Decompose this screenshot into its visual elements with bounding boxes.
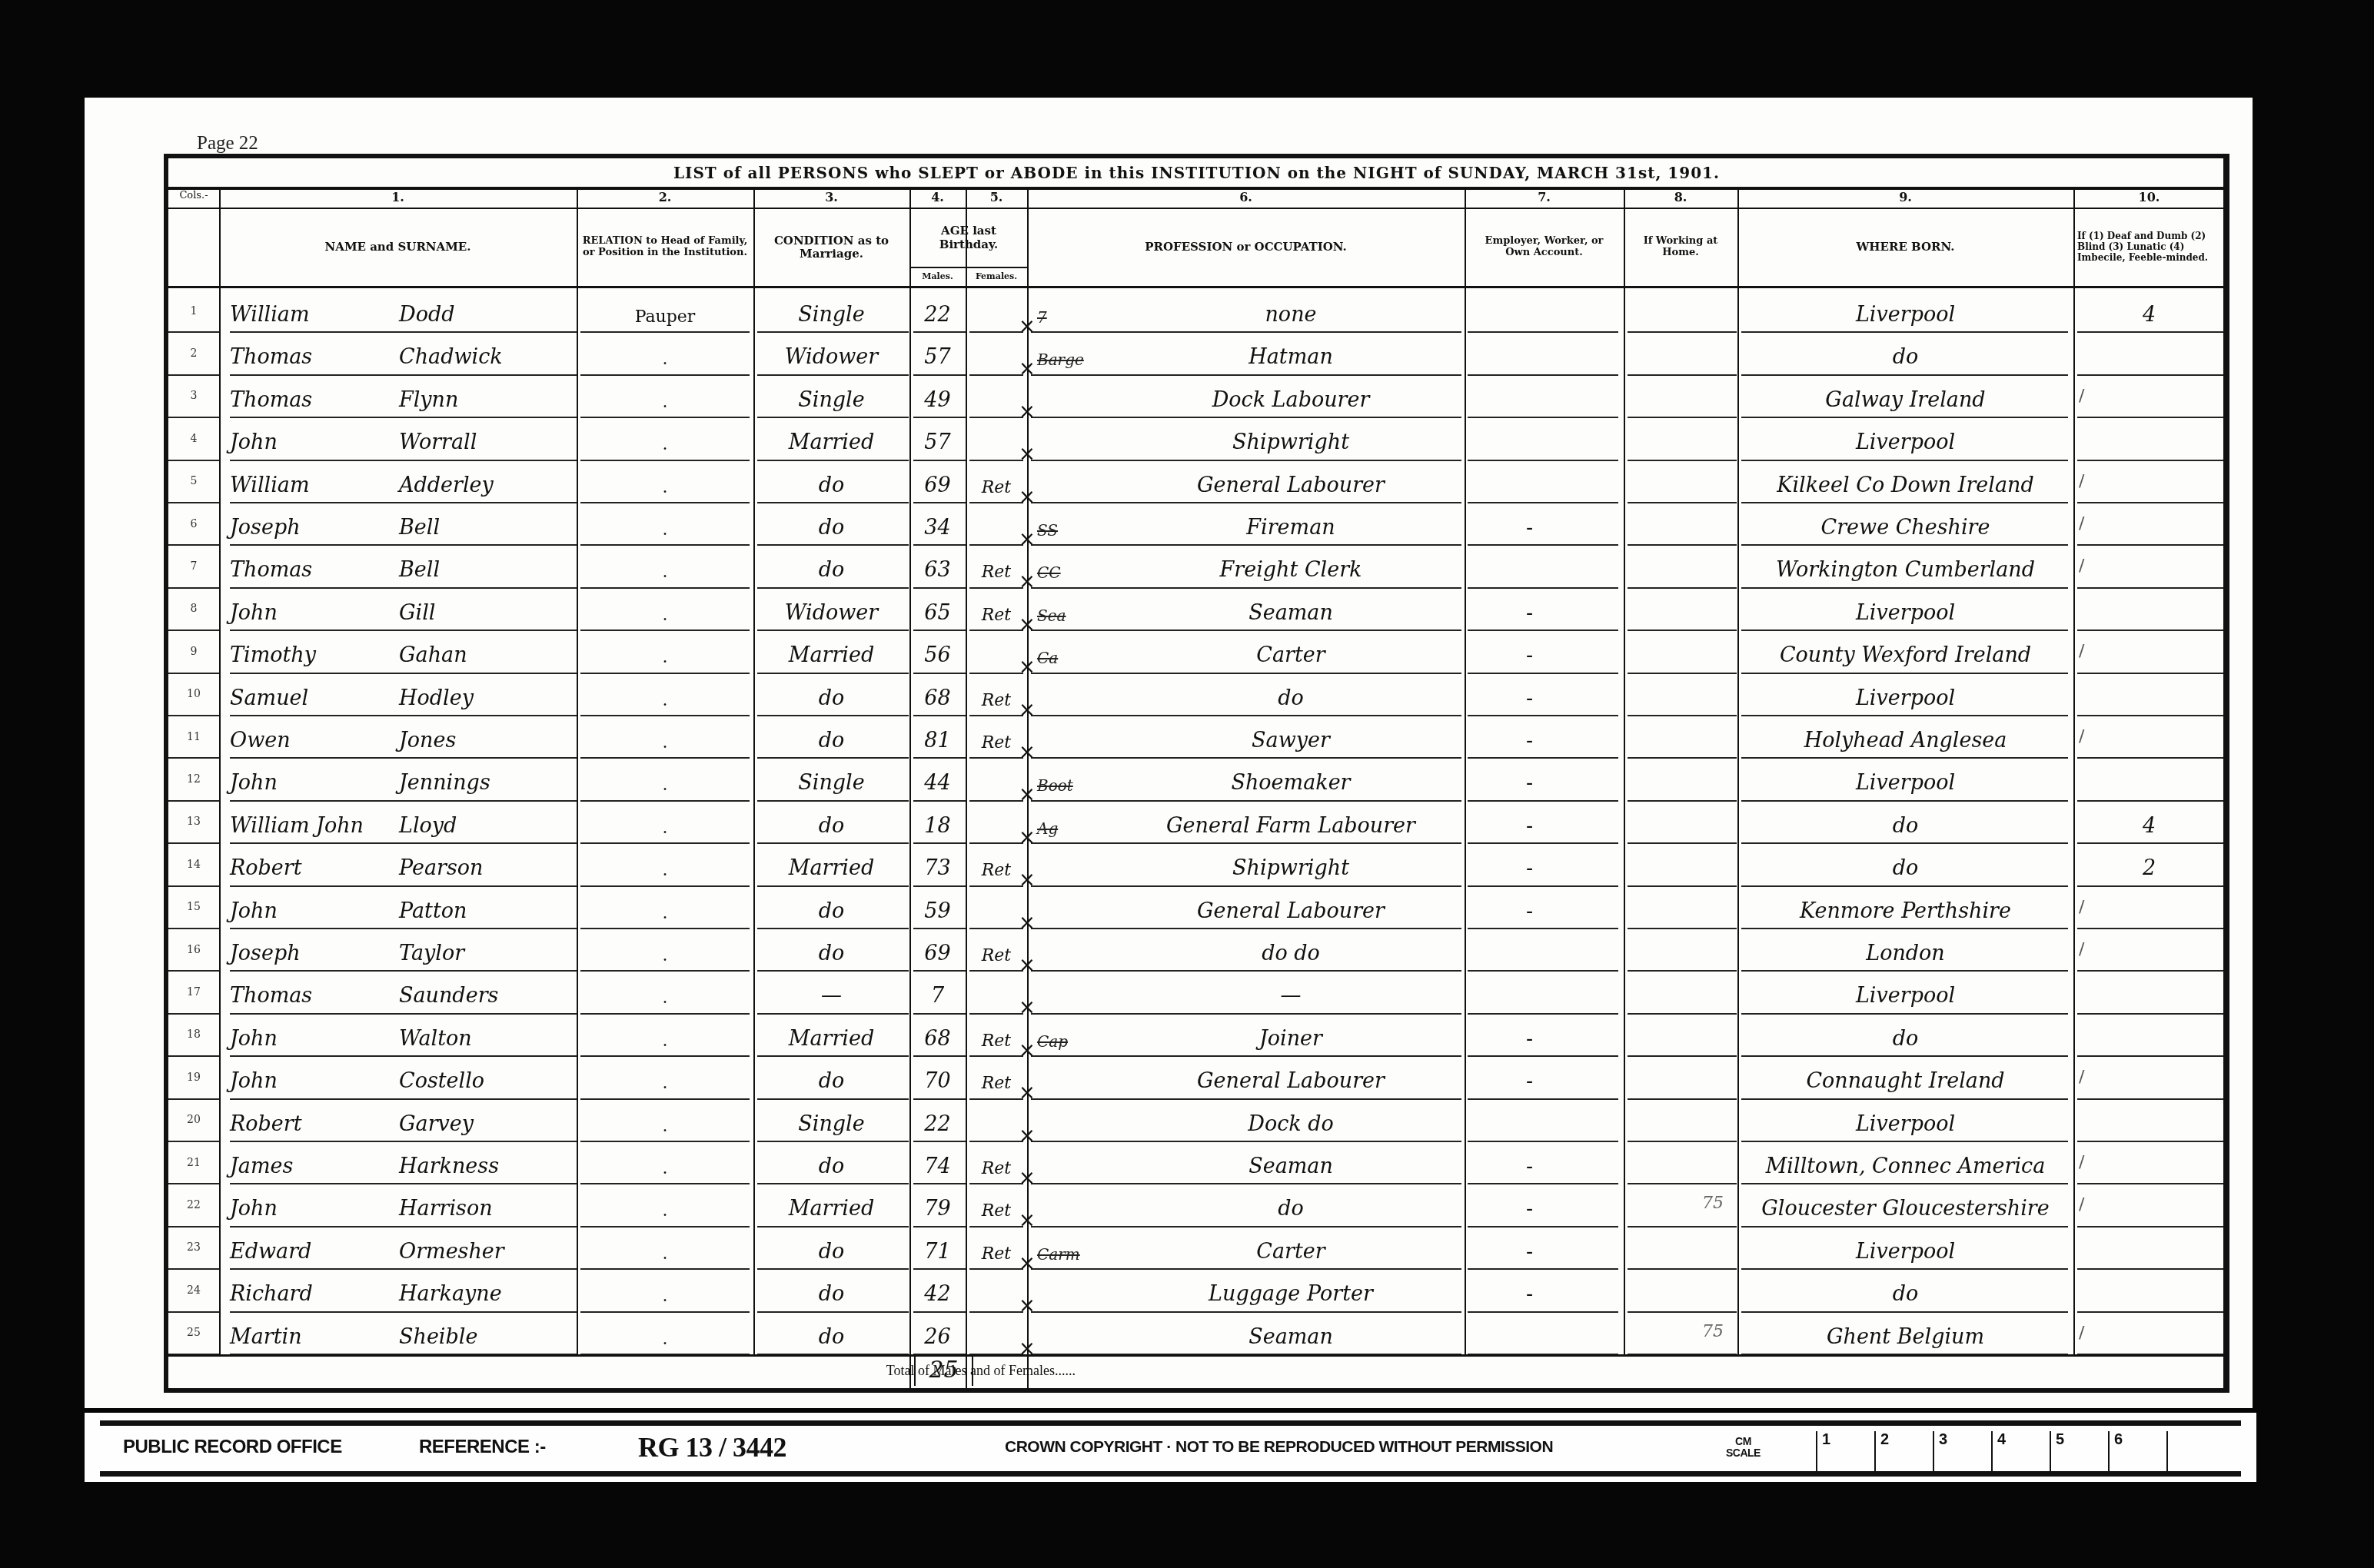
employer-status bbox=[1465, 291, 1624, 331]
surname: Patton bbox=[399, 887, 584, 928]
colnum-7: 7. bbox=[1465, 190, 1624, 205]
age-males: 49 bbox=[909, 376, 966, 417]
employer-status: - bbox=[1465, 1057, 1624, 1098]
infirmity bbox=[2073, 1270, 2225, 1311]
age-males: 22 bbox=[909, 1100, 966, 1141]
where-born: Liverpool bbox=[1737, 972, 2073, 1012]
where-born: Liverpool bbox=[1737, 589, 2073, 630]
condition: do bbox=[753, 546, 909, 586]
colnum-5: 5. bbox=[966, 190, 1027, 205]
row-number: 15 bbox=[168, 887, 219, 928]
check-mark-icon: / bbox=[2079, 1068, 2084, 1087]
scale-tick: 5 bbox=[2050, 1431, 2108, 1474]
employer-status bbox=[1465, 546, 1624, 586]
row-number: 18 bbox=[168, 1015, 219, 1055]
first-name: Samuel bbox=[230, 674, 399, 715]
age-males: 26 bbox=[909, 1313, 966, 1354]
where-born: Liverpool bbox=[1737, 1227, 2073, 1268]
where-born: County Wexford Ireland bbox=[1737, 631, 2073, 672]
struck-occupation bbox=[1037, 887, 1122, 928]
first-name: Edward bbox=[230, 1227, 399, 1268]
check-mark-icon: / bbox=[2079, 1153, 2084, 1172]
infirmity bbox=[2073, 972, 2225, 1012]
employer-status: - bbox=[1465, 631, 1624, 672]
occupation: Carter bbox=[1122, 1227, 1460, 1268]
occupation: Hatman bbox=[1122, 333, 1460, 374]
condition: do bbox=[753, 503, 909, 544]
age-females: Ret bbox=[966, 1142, 1027, 1183]
document-title: LIST of all PERSONS who SLEPT or ABODE i… bbox=[168, 159, 2225, 187]
condition: Married bbox=[753, 1015, 909, 1055]
margin-note: 75 bbox=[1702, 1322, 1724, 1341]
infirmity bbox=[2073, 1142, 2225, 1183]
footer-copyright: CROWN COPYRIGHT · NOT TO BE REPRODUCED W… bbox=[1005, 1413, 1553, 1482]
scale-tick: 1 bbox=[1816, 1431, 1874, 1474]
table-row: 14RobertPearson.Married73RetShipwright-d… bbox=[168, 844, 2225, 886]
infirmity bbox=[2073, 929, 2225, 970]
age-males: 42 bbox=[909, 1270, 966, 1311]
check-mark-icon: / bbox=[2079, 514, 2084, 533]
first-name: John bbox=[230, 589, 399, 630]
first-name: Timothy bbox=[230, 631, 399, 672]
occupation: Shipwright bbox=[1122, 844, 1460, 885]
employer-status bbox=[1465, 461, 1624, 502]
where-born: Workington Cumberland bbox=[1737, 546, 2073, 586]
age-males: 81 bbox=[909, 716, 966, 757]
employer-status: - bbox=[1465, 589, 1624, 630]
where-born: Kilkeel Co Down Ireland bbox=[1737, 461, 2073, 502]
struck-occupation bbox=[1037, 716, 1122, 757]
table-row: 3ThomasFlynn.Single49Dock LabourerGalway… bbox=[168, 376, 2225, 418]
row-number: 13 bbox=[168, 802, 219, 842]
age-females: Ret bbox=[966, 589, 1027, 630]
surname: Harkayne bbox=[399, 1270, 584, 1311]
relation: . bbox=[577, 333, 753, 374]
relation: . bbox=[577, 759, 753, 799]
table-row: 16JosephTaylor.do69Retdo doLondon×/ bbox=[168, 929, 2225, 972]
employer-status: - bbox=[1465, 1184, 1624, 1225]
where-born: do bbox=[1737, 1270, 2073, 1311]
occupation: General Labourer bbox=[1122, 1057, 1460, 1098]
first-name: Robert bbox=[230, 1100, 399, 1141]
age-males: 70 bbox=[909, 1057, 966, 1098]
first-name: Richard bbox=[230, 1270, 399, 1311]
first-name: John bbox=[230, 1057, 399, 1098]
row-number: 19 bbox=[168, 1057, 219, 1098]
age-females bbox=[966, 1270, 1027, 1311]
margin-note: 75 bbox=[1702, 1194, 1724, 1213]
relation: . bbox=[577, 1227, 753, 1268]
age-females bbox=[966, 1313, 1027, 1354]
table-row: 23EdwardOrmesher.do71RetCarmCarter-Liver… bbox=[168, 1227, 2225, 1270]
age-males: 7 bbox=[909, 972, 966, 1012]
table-row: 15JohnPatton.do59General Labourer-Kenmor… bbox=[168, 887, 2225, 929]
age-males: 63 bbox=[909, 546, 966, 586]
table-row: 1WilliamDoddPauperSingle227noneLiverpool… bbox=[168, 291, 2225, 333]
struck-occupation bbox=[1037, 844, 1122, 885]
age-females: Ret bbox=[966, 1015, 1027, 1055]
employer-status bbox=[1465, 418, 1624, 459]
surname: Harkness bbox=[399, 1142, 584, 1183]
relation: . bbox=[577, 1184, 753, 1225]
struck-occupation bbox=[1037, 1057, 1122, 1098]
struck-occupation bbox=[1037, 461, 1122, 502]
age-males: 44 bbox=[909, 759, 966, 799]
age-males: 68 bbox=[909, 674, 966, 715]
age-females bbox=[966, 376, 1027, 417]
table-row: 9TimothyGahan.Married56CaCarter-County W… bbox=[168, 631, 2225, 673]
first-name: William John bbox=[230, 802, 399, 842]
table-row: 18JohnWalton.Married68RetCapJoiner-do× bbox=[168, 1015, 2225, 1057]
condition: Single bbox=[753, 376, 909, 417]
age-females: Ret bbox=[966, 546, 1027, 586]
condition: Widower bbox=[753, 333, 909, 374]
condition: do bbox=[753, 802, 909, 842]
age-females bbox=[966, 1100, 1027, 1141]
cols-label: Cols.- bbox=[168, 190, 219, 205]
age-females: Ret bbox=[966, 1057, 1027, 1098]
age-females: Ret bbox=[966, 929, 1027, 970]
colnum-6: 6. bbox=[1027, 190, 1465, 205]
header-condition: CONDITION as to Marriage. bbox=[769, 209, 894, 286]
employer-status: - bbox=[1465, 716, 1624, 757]
condition: do bbox=[753, 461, 909, 502]
table-row: 25MartinSheible.do26SeamanGhent Belgium×… bbox=[168, 1313, 2225, 1355]
age-females bbox=[966, 503, 1027, 544]
relation: . bbox=[577, 844, 753, 885]
totals-label: Total of Males and of Females...... bbox=[591, 1363, 1076, 1379]
first-name: Owen bbox=[230, 716, 399, 757]
row-number: 11 bbox=[168, 716, 219, 757]
surname: Ormesher bbox=[399, 1227, 584, 1268]
age-males: 59 bbox=[909, 887, 966, 928]
struck-occupation bbox=[1037, 674, 1122, 715]
employer-status bbox=[1465, 929, 1624, 970]
infirmity bbox=[2073, 1313, 2225, 1354]
occupation: General Labourer bbox=[1122, 461, 1460, 502]
table-row: 8JohnGill.Widower65RetSeaSeaman-Liverpoo… bbox=[168, 589, 2225, 631]
surname: Costello bbox=[399, 1057, 584, 1098]
condition: do bbox=[753, 674, 909, 715]
scale-label-cm: CM bbox=[1735, 1436, 1751, 1447]
age-females: Ret bbox=[966, 674, 1027, 715]
first-name: Thomas bbox=[230, 333, 399, 374]
infirmity bbox=[2073, 674, 2225, 715]
employer-status: - bbox=[1465, 1270, 1624, 1311]
infirmity bbox=[2073, 1057, 2225, 1098]
occupation: Freight Clerk bbox=[1122, 546, 1460, 586]
header-bottom-rule bbox=[168, 286, 2225, 288]
employer-status bbox=[1465, 1313, 1624, 1354]
condition: — bbox=[753, 972, 909, 1012]
rows-bottom-rule bbox=[168, 1354, 2225, 1357]
scale-tick: 4 bbox=[1991, 1431, 2050, 1474]
header-age: AGE last Birthday. bbox=[915, 209, 1022, 267]
age-females bbox=[966, 759, 1027, 799]
scale-label-scale: SCALE bbox=[1726, 1447, 1761, 1459]
check-mark-icon: / bbox=[2079, 940, 2084, 959]
relation: . bbox=[577, 418, 753, 459]
row-number: 10 bbox=[168, 674, 219, 715]
check-mark-icon: / bbox=[2079, 1195, 2084, 1214]
relation: . bbox=[577, 1100, 753, 1141]
row-number: 14 bbox=[168, 844, 219, 885]
row-number: 16 bbox=[168, 929, 219, 970]
struck-occupation: Ag bbox=[1037, 802, 1122, 842]
surname: Walton bbox=[399, 1015, 584, 1055]
struck-occupation bbox=[1037, 972, 1122, 1012]
colnum-3: 3. bbox=[753, 190, 909, 205]
first-name: John bbox=[230, 1015, 399, 1055]
surname: Lloyd bbox=[399, 802, 584, 842]
first-name: James bbox=[230, 1142, 399, 1183]
age-females bbox=[966, 802, 1027, 842]
struck-occupation: Cap bbox=[1037, 1015, 1122, 1055]
header-relation: RELATION to Head of Family, or Position … bbox=[580, 209, 750, 286]
archive-footer: PUBLIC RECORD OFFICE REFERENCE :- RG 13 … bbox=[85, 1413, 2256, 1482]
row-number: 7 bbox=[168, 546, 219, 586]
relation: . bbox=[577, 1015, 753, 1055]
first-name: Thomas bbox=[230, 972, 399, 1012]
scale-tick: 3 bbox=[1933, 1431, 1991, 1474]
surname: Sheible bbox=[399, 1313, 584, 1354]
check-mark-icon: / bbox=[2079, 898, 2084, 917]
scale-tick: 6 bbox=[2108, 1431, 2166, 1474]
where-born: Milltown, Connec America bbox=[1737, 1142, 2073, 1183]
first-name: William bbox=[230, 291, 399, 331]
scale-end bbox=[2166, 1431, 2225, 1474]
employer-status bbox=[1465, 972, 1624, 1012]
first-name: Joseph bbox=[230, 929, 399, 970]
footer-reference-label: REFERENCE :- bbox=[419, 1413, 546, 1482]
relation: . bbox=[577, 631, 753, 672]
surname: Gahan bbox=[399, 631, 584, 672]
row-number: 21 bbox=[168, 1142, 219, 1183]
age-males: 57 bbox=[909, 418, 966, 459]
footer-office: PUBLIC RECORD OFFICE bbox=[123, 1413, 342, 1482]
infirmity: 4 bbox=[2073, 802, 2225, 842]
surname: Jones bbox=[399, 716, 584, 757]
header-infirmity: If (1) Deaf and Dumb (2) Blind (3) Lunat… bbox=[2077, 209, 2222, 286]
row-number: 9 bbox=[168, 631, 219, 672]
check-mark-icon: / bbox=[2079, 556, 2084, 576]
first-name: William bbox=[230, 461, 399, 502]
where-born: do bbox=[1737, 333, 2073, 374]
row-number: 1 bbox=[168, 291, 219, 331]
row-number: 3 bbox=[168, 376, 219, 417]
occupation: none bbox=[1122, 291, 1460, 331]
struck-occupation bbox=[1037, 1142, 1122, 1183]
condition: Married bbox=[753, 1184, 909, 1225]
scale-tick: 2 bbox=[1874, 1431, 1933, 1474]
occupation: General Farm Labourer bbox=[1122, 802, 1460, 842]
condition: do bbox=[753, 716, 909, 757]
employer-status bbox=[1465, 376, 1624, 417]
condition: Single bbox=[753, 291, 909, 331]
surname: Harrison bbox=[399, 1184, 584, 1225]
struck-occupation bbox=[1037, 1270, 1122, 1311]
where-born: do bbox=[1737, 1015, 2073, 1055]
footer-cm-scale: CM SCALE bbox=[1726, 1413, 1761, 1482]
age-males: 73 bbox=[909, 844, 966, 885]
row-number: 4 bbox=[168, 418, 219, 459]
surname: Flynn bbox=[399, 376, 584, 417]
occupation: do bbox=[1122, 1184, 1460, 1225]
struck-occupation bbox=[1037, 1100, 1122, 1141]
condition: do bbox=[753, 1227, 909, 1268]
table-row: 5WilliamAdderley.do69RetGeneral Labourer… bbox=[168, 461, 2225, 503]
infirmity bbox=[2073, 716, 2225, 757]
occupation: Seaman bbox=[1122, 1313, 1460, 1354]
relation: . bbox=[577, 1313, 753, 1354]
table-row: 11OwenJones.do81RetSawyer-Holyhead Angle… bbox=[168, 716, 2225, 759]
colnum-10: 10. bbox=[2073, 190, 2225, 205]
employer-status: - bbox=[1465, 844, 1624, 885]
infirmity bbox=[2073, 461, 2225, 502]
age-males: 71 bbox=[909, 1227, 966, 1268]
struck-occupation: Sea bbox=[1037, 589, 1122, 630]
surname: Worrall bbox=[399, 418, 584, 459]
infirmity bbox=[2073, 376, 2225, 417]
colnum-8: 8. bbox=[1624, 190, 1737, 205]
surname: Taylor bbox=[399, 929, 584, 970]
check-mark-icon: / bbox=[2079, 727, 2084, 746]
relation: . bbox=[577, 674, 753, 715]
struck-occupation: SS bbox=[1037, 503, 1122, 544]
infirmity: 4 bbox=[2073, 291, 2225, 331]
first-name: John bbox=[230, 759, 399, 799]
condition: Married bbox=[753, 844, 909, 885]
where-born: Liverpool bbox=[1737, 759, 2073, 799]
employer-status: - bbox=[1465, 759, 1624, 799]
relation: . bbox=[577, 1270, 753, 1311]
age-males: 74 bbox=[909, 1142, 966, 1183]
first-name: Joseph bbox=[230, 503, 399, 544]
infirmity bbox=[2073, 589, 2225, 630]
table-row: 22JohnHarrison.Married79Retdo-Gloucester… bbox=[168, 1184, 2225, 1227]
colnum-2: 2. bbox=[577, 190, 753, 205]
struck-occupation: 7 bbox=[1037, 291, 1122, 331]
age-females: Ret bbox=[966, 1184, 1027, 1225]
relation: . bbox=[577, 376, 753, 417]
age-males: 57 bbox=[909, 333, 966, 374]
condition: do bbox=[753, 887, 909, 928]
infirmity bbox=[2073, 503, 2225, 544]
table-row: 10SamuelHodley.do68Retdo-Liverpool× bbox=[168, 674, 2225, 716]
row-number: 24 bbox=[168, 1270, 219, 1311]
employer-status: - bbox=[1465, 1227, 1624, 1268]
occupation: Seaman bbox=[1122, 1142, 1460, 1183]
table-row: 4JohnWorrall.Married57ShipwrightLiverpoo… bbox=[168, 418, 2225, 460]
where-born: Connaught Ireland bbox=[1737, 1057, 2073, 1098]
age-females: Ret bbox=[966, 461, 1027, 502]
table-row: 7ThomasBell.do63RetCCFreight ClerkWorkin… bbox=[168, 546, 2225, 588]
infirmity bbox=[2073, 333, 2225, 374]
surname: Dodd bbox=[399, 291, 584, 331]
occupation: Carter bbox=[1122, 631, 1460, 672]
footer-reference: RG 13 / 3442 bbox=[638, 1413, 786, 1482]
surname: Gill bbox=[399, 589, 584, 630]
struck-occupation bbox=[1037, 376, 1122, 417]
row-number: 23 bbox=[168, 1227, 219, 1268]
header-females: Females. bbox=[966, 268, 1027, 285]
age-females bbox=[966, 333, 1027, 374]
surname: Bell bbox=[399, 503, 584, 544]
relation: . bbox=[577, 1142, 753, 1183]
first-name: Thomas bbox=[230, 376, 399, 417]
condition: do bbox=[753, 929, 909, 970]
employer-status bbox=[1465, 333, 1624, 374]
where-born: Liverpool bbox=[1737, 418, 2073, 459]
table-row: 20RobertGarvey.Single22Dock doLiverpool× bbox=[168, 1100, 2225, 1142]
surname: Hodley bbox=[399, 674, 584, 715]
age-females: Ret bbox=[966, 1227, 1027, 1268]
infirmity bbox=[2073, 546, 2225, 586]
age-females: Ret bbox=[966, 716, 1027, 757]
occupation: Dock Labourer bbox=[1122, 376, 1460, 417]
colnum-9: 9. bbox=[1737, 190, 2073, 205]
age-males: 68 bbox=[909, 1015, 966, 1055]
surname: Jennings bbox=[399, 759, 584, 799]
where-born: do bbox=[1737, 844, 2073, 885]
occupation: Sawyer bbox=[1122, 716, 1460, 757]
surname: Adderley bbox=[399, 461, 584, 502]
header-where-born: WHERE BORN. bbox=[1737, 209, 2073, 286]
occupation: do bbox=[1122, 674, 1460, 715]
where-born: Ghent Belgium bbox=[1737, 1313, 2073, 1354]
employer-status: - bbox=[1465, 1142, 1624, 1183]
struck-occupation bbox=[1037, 929, 1122, 970]
infirmity bbox=[2073, 1227, 2225, 1268]
struck-occupation bbox=[1037, 418, 1122, 459]
employer-status: - bbox=[1465, 887, 1624, 928]
header-occupation: PROFESSION or OCCUPATION. bbox=[1027, 209, 1465, 286]
occupation: Seaman bbox=[1122, 589, 1460, 630]
relation: . bbox=[577, 929, 753, 970]
age-females bbox=[966, 631, 1027, 672]
relation: . bbox=[577, 972, 753, 1012]
occupation: Joiner bbox=[1122, 1015, 1460, 1055]
age-males: 56 bbox=[909, 631, 966, 672]
first-name: Martin bbox=[230, 1313, 399, 1354]
table-row: 12JohnJennings.Single44BootShoemaker-Liv… bbox=[168, 759, 2225, 801]
age-females bbox=[966, 972, 1027, 1012]
row-number: 2 bbox=[168, 333, 219, 374]
colnum-4: 4. bbox=[909, 190, 966, 205]
totals-row: Total of Males and of Females...... 25 bbox=[168, 1357, 2225, 1387]
row-number: 25 bbox=[168, 1313, 219, 1354]
where-born: Crewe Cheshire bbox=[1737, 503, 2073, 544]
occupation: General Labourer bbox=[1122, 887, 1460, 928]
relation: Pauper bbox=[577, 291, 753, 331]
surname: Chadwick bbox=[399, 333, 584, 374]
condition: do bbox=[753, 1270, 909, 1311]
age-females bbox=[966, 291, 1027, 331]
employer-status: - bbox=[1465, 503, 1624, 544]
where-born: Liverpool bbox=[1737, 291, 2073, 331]
table-row: 2ThomasChadwick.Widower57BargeHatmando× bbox=[168, 333, 2225, 375]
table-row: 13William JohnLloyd.do18AgGeneral Farm L… bbox=[168, 802, 2225, 844]
where-born: London bbox=[1737, 929, 2073, 970]
relation: . bbox=[577, 887, 753, 928]
struck-occupation bbox=[1037, 1184, 1122, 1225]
row-number: 12 bbox=[168, 759, 219, 799]
age-males: 65 bbox=[909, 589, 966, 630]
occupation: Shipwright bbox=[1122, 418, 1460, 459]
condition: Married bbox=[753, 631, 909, 672]
infirmity bbox=[2073, 759, 2225, 799]
surname: Garvey bbox=[399, 1100, 584, 1141]
